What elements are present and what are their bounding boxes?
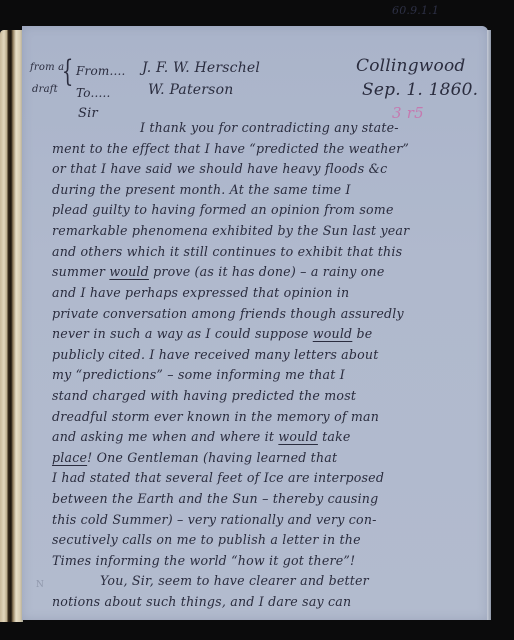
- from-label: From....: [76, 64, 126, 78]
- body-line: Times informing the world “how it got th…: [52, 553, 355, 568]
- body-line: during the present month. At the same ti…: [52, 182, 351, 197]
- body-line: I thank you for contradicting any state-: [140, 120, 399, 135]
- to-label: To.....: [76, 86, 111, 100]
- margin-mark: N: [36, 580, 44, 590]
- place: Collingwood: [356, 56, 466, 76]
- underlined-phrase: would: [313, 326, 353, 341]
- body-line: my “predictions” – some informing me tha…: [52, 367, 345, 382]
- margin-note-line-1: from a: [30, 62, 64, 73]
- body-line: this cold Summer) – very rationally and …: [52, 512, 377, 527]
- underlined-phrase: would: [109, 264, 149, 279]
- from-value: J. F. W. Herschel: [142, 60, 260, 76]
- to-value: W. Paterson: [148, 82, 233, 98]
- date: Sep. 1. 1860.: [362, 80, 478, 100]
- body-line: stand charged with having predicted the …: [52, 388, 356, 403]
- brace-icon: {: [62, 54, 74, 89]
- underlined-phrase: place: [52, 450, 87, 465]
- body-line-hidden: notions about such things, and I dare sa…: [52, 594, 351, 609]
- margin-note-line-2: draft: [32, 84, 58, 95]
- body-line: publicly cited. I have received many let…: [52, 347, 379, 362]
- body-line-with-underline: summer would prove (as it has done) – a …: [52, 264, 384, 279]
- body-line: I had stated that several feet of Ice ar…: [52, 470, 384, 485]
- underlined-phrase: would: [278, 429, 318, 444]
- body-line: or that I have said we should have heavy…: [52, 161, 387, 176]
- body-line: dreadful storm ever known in the memory …: [52, 409, 379, 424]
- body-line: You, Sir, seem to have clearer and bette…: [100, 573, 369, 588]
- body-line: ment to the effect that I have “predicte…: [52, 141, 409, 156]
- body-line: between the Earth and the Sun – thereby …: [52, 491, 378, 506]
- body-line-with-underline: place! One Gentleman (having learned tha…: [52, 450, 337, 465]
- book-binding: [0, 30, 23, 622]
- body-line-with-underline: and asking me when and where it would ta…: [52, 429, 351, 444]
- archive-number: 60.9.1.1: [392, 4, 439, 17]
- body-line: never in such a way as I could suppose w…: [52, 326, 372, 341]
- body-line: plead guilty to having formed an opinion…: [52, 202, 394, 217]
- body-line: private conversation among friends thoug…: [52, 306, 404, 321]
- body-line: and I have perhaps expressed that opinio…: [52, 285, 349, 300]
- body-line: remarkable phenomena exhibited by the Su…: [52, 223, 409, 238]
- page-edge: [487, 30, 491, 620]
- salutation: Sir: [78, 106, 98, 121]
- body-line: secutively calls on me to publish a lett…: [52, 532, 361, 547]
- body-line: and others which it still continues to e…: [52, 244, 402, 259]
